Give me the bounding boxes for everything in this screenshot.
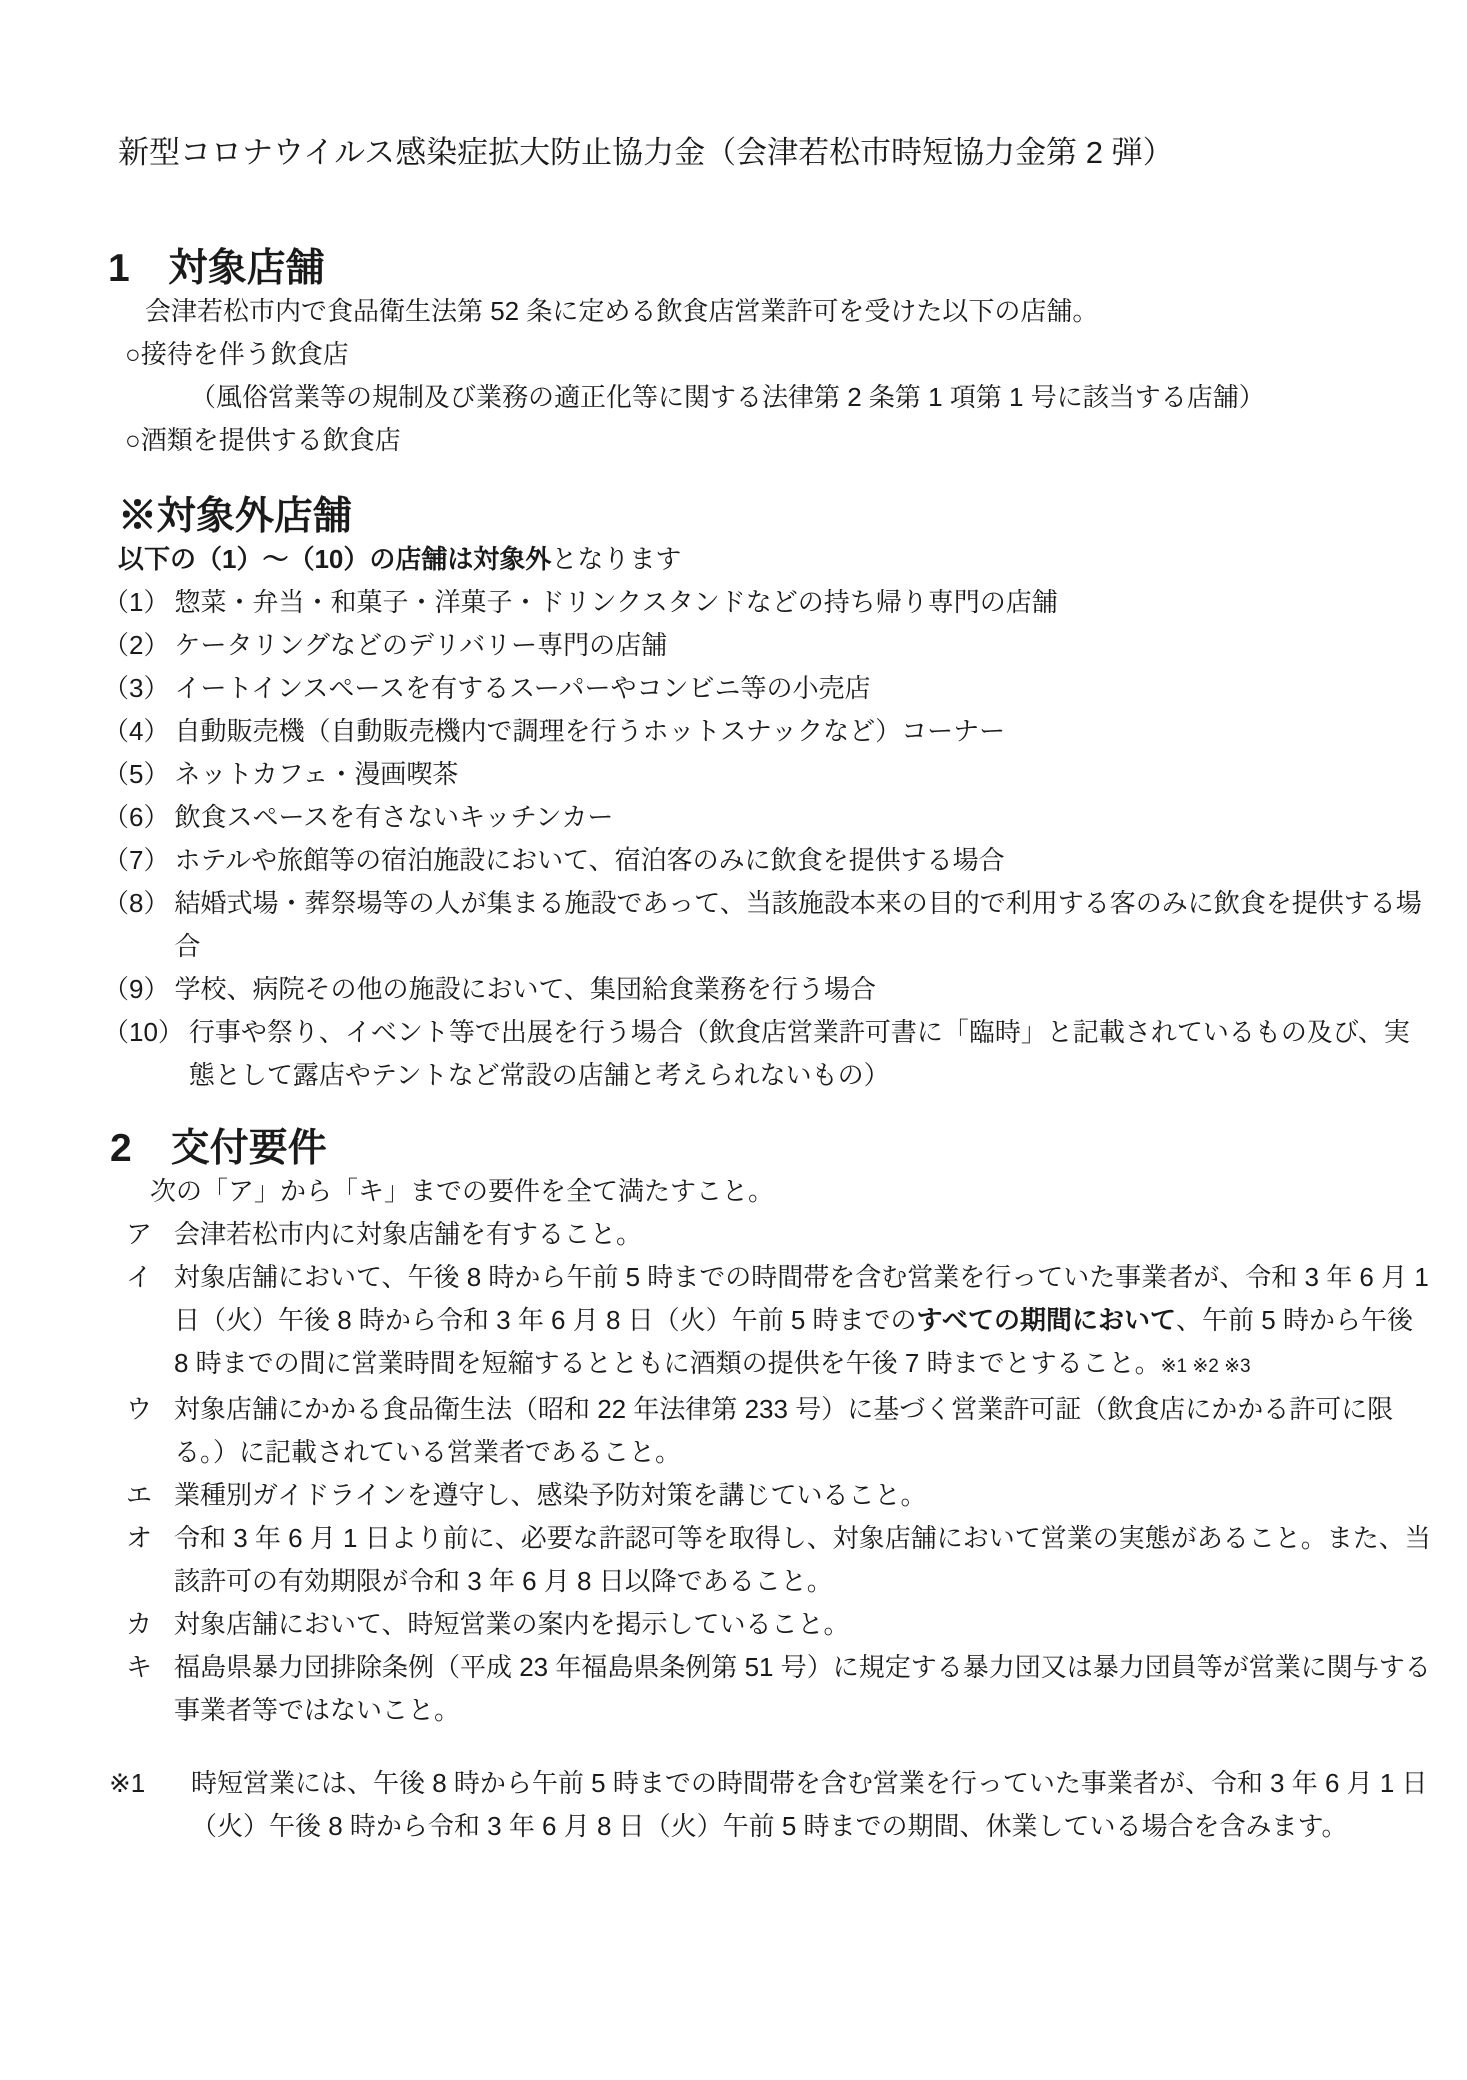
bullet-note: （風俗営業等の規制及び業務の適正化等に関する法律第 2 条第 1 項第 1 号に… [190,376,1433,419]
note-reference: ※1 ※2 ※3 [1161,1356,1251,1377]
exclusion-subheading-suffix: となります [551,544,681,574]
item-number: （2） [103,624,174,667]
requirement-marker: イ [126,1256,174,1388]
requirement-item: イ対象店舗において、午後 8 時から午前 5 時までの時間帯を含む営業を行ってい… [126,1256,1433,1388]
item-number: （4） [103,710,174,753]
exclusion-list: （1）惣菜・弁当・和菓子・洋菓子・ドリンクスタンドなどの持ち帰り専門の店舗（2）… [0,581,1433,1097]
requirement-item: ア会津若松市内に対象店舗を有すること。 [126,1213,1433,1256]
requirement-marker: ア [126,1213,174,1256]
item-text: 飲食スペースを有さないキッチンカー [174,796,1433,839]
requirement-text: 対象店舗において、時短営業の案内を掲示していること。 [174,1603,1433,1646]
item-number: （8） [103,882,174,968]
requirement-segment: 対象店舗において、時短営業の案内を掲示していること。 [174,1609,849,1639]
item-text: ケータリングなどのデリバリー専門の店舗 [174,624,1433,667]
exclusion-subheading: 以下の（1）～（10）の店舗は対象外となります [118,538,1433,581]
exclusion-subheading-bold: 以下の（1）～（10）の店舗は対象外 [118,544,551,574]
bullet-list: ○接待を伴う飲食店（風俗営業等の規制及び業務の適正化等に関する法律第 2 条第 … [0,333,1433,462]
requirement-segment: すべての期間において [917,1305,1176,1335]
requirement-text: 対象店舗において、午後 8 時から午前 5 時までの時間帯を含む営業を行っていた… [174,1256,1433,1388]
item-number: （1） [103,581,174,624]
requirement-marker: キ [126,1646,174,1732]
requirement-text: 会津若松市内に対象店舗を有すること。 [174,1213,1433,1256]
item-number: （3） [103,667,174,710]
circle-bullet-marker: ○ [125,339,141,369]
requirement-item: ウ対象店舗にかかる食品衛生法（昭和 22 年法律第 233 号）に基づく営業許可… [126,1388,1433,1474]
footnote-item: ※1時短営業には、午後 8 時から午前 5 時までの時間帯を含む営業を行っていた… [109,1762,1433,1848]
requirement-segment: 業種別ガイドラインを遵守し、感染予防対策を講じていること。 [174,1480,926,1510]
item-text: ホテルや旅館等の宿泊施設において、宿泊客のみに飲食を提供する場合 [174,839,1433,882]
requirement-text: 対象店舗にかかる食品衛生法（昭和 22 年法律第 233 号）に基づく営業許可証… [174,1388,1433,1474]
requirement-item: キ福島県暴力団排除条例（平成 23 年福島県条例第 51 号）に規定する暴力団又… [126,1646,1433,1732]
footnote-marker: ※1 [109,1762,191,1848]
bullet-item: ○酒類を提供する飲食店 [125,419,1433,462]
item-text: 結婚式場・葬祭場等の人が集まる施設であって、当該施設本来の目的で利用する客のみに… [174,882,1433,968]
item-text: イートインスペースを有するスーパーやコンビニ等の小売店 [174,667,1433,710]
exclusion-item: （10）行事や祭り、イベント等で出展を行う場合（飲食店営業許可書に「臨時」と記載… [103,1011,1433,1097]
exclusion-item: （5）ネットカフェ・漫画喫茶 [103,753,1433,796]
exclusion-item: （3）イートインスペースを有するスーパーやコンビニ等の小売店 [103,667,1433,710]
item-number: （5） [103,753,174,796]
exclusion-item: （8）結婚式場・葬祭場等の人が集まる施設であって、当該施設本来の目的で利用する客… [103,882,1433,968]
requirement-segment: 福島県暴力団排除条例（平成 23 年福島県条例第 51 号）に規定する暴力団又は… [174,1652,1431,1725]
document-title: 新型コロナウイルス感染症拡大防止協力金（会津若松市時短協力金第 2 弾） [118,130,1433,175]
item-number: （6） [103,796,174,839]
exclusion-item: （4）自動販売機（自動販売機内で調理を行うホットスナックなど）コーナー [103,710,1433,753]
circle-bullet-marker: ○ [125,425,141,455]
section2-intro: 次の「ア」から「キ」までの要件を全て満たすこと。 [150,1170,1433,1213]
footnote-text: 時短営業には、午後 8 時から午前 5 時までの時間帯を含む営業を行っていた事業… [191,1762,1433,1848]
exclusion-item: （6）飲食スペースを有さないキッチンカー [103,796,1433,839]
item-number: （9） [103,968,174,1011]
item-text: ネットカフェ・漫画喫茶 [174,753,1433,796]
bullet-item: ○接待を伴う飲食店 [125,333,1433,376]
requirement-segment: 対象店舗にかかる食品衛生法（昭和 22 年法律第 233 号）に基づく営業許可証… [174,1394,1393,1467]
document-page: 新型コロナウイルス感染症拡大防止協力金（会津若松市時短協力金第 2 弾） 1 対… [0,0,1467,2080]
requirement-list: ア会津若松市内に対象店舗を有すること。イ対象店舗において、午後 8 時から午前 … [0,1213,1433,1732]
section-target-shops: 1 対象店舗 会津若松市内で食品衛生法第 52 条に定める飲食店営業許可を受けた… [0,247,1433,462]
requirement-text: 令和 3 年 6 月 1 日より前に、必要な許認可等を取得し、対象店舗において営… [174,1517,1433,1603]
footnote-list: ※1時短営業には、午後 8 時から午前 5 時までの時間帯を含む営業を行っていた… [0,1762,1433,1848]
exclusion-item: （2）ケータリングなどのデリバリー専門の店舗 [103,624,1433,667]
requirement-marker: エ [126,1474,174,1517]
requirement-marker: ウ [126,1388,174,1474]
section-grant-requirements: 2 交付要件 次の「ア」から「キ」までの要件を全て満たすこと。 ア会津若松市内に… [0,1127,1433,1732]
bullet-label: 酒類を提供する飲食店 [141,425,401,455]
requirement-marker: オ [126,1517,174,1603]
item-text: 惣菜・弁当・和菓子・洋菓子・ドリンクスタンドなどの持ち帰り専門の店舗 [174,581,1433,624]
item-number: （10） [103,1011,189,1097]
requirement-segment: 会津若松市内に対象店舗を有すること。 [174,1219,642,1249]
requirement-text: 業種別ガイドラインを遵守し、感染予防対策を講じていること。 [174,1474,1433,1517]
requirement-segment: 令和 3 年 6 月 1 日より前に、必要な許認可等を取得し、対象店舗において営… [174,1523,1431,1596]
item-text: 行事や祭り、イベント等で出展を行う場合（飲食店営業許可書に「臨時」と記載されてい… [189,1011,1433,1097]
item-text: 学校、病院その他の施設において、集団給食業務を行う場合 [174,968,1433,1011]
section2-heading: 2 交付要件 [110,1127,1433,1170]
bullet-label: 接待を伴う飲食店 [141,339,349,369]
requirement-item: オ令和 3 年 6 月 1 日より前に、必要な許認可等を取得し、対象店舗において… [126,1517,1433,1603]
exclusion-item: （1）惣菜・弁当・和菓子・洋菓子・ドリンクスタンドなどの持ち帰り専門の店舗 [103,581,1433,624]
requirement-text: 福島県暴力団排除条例（平成 23 年福島県条例第 51 号）に規定する暴力団又は… [174,1646,1433,1732]
requirement-marker: カ [126,1603,174,1646]
section-excluded-shops: ※対象外店舗 以下の（1）～（10）の店舗は対象外となります （1）惣菜・弁当・… [0,495,1433,1097]
exclusion-item: （7）ホテルや旅館等の宿泊施設において、宿泊客のみに飲食を提供する場合 [103,839,1433,882]
section1-heading: 1 対象店舗 [108,247,1433,290]
requirement-item: カ対象店舗において、時短営業の案内を掲示していること。 [126,1603,1433,1646]
item-number: （7） [103,839,174,882]
requirement-item: エ業種別ガイドラインを遵守し、感染予防対策を講じていること。 [126,1474,1433,1517]
section1-intro: 会津若松市内で食品衛生法第 52 条に定める飲食店営業許可を受けた以下の店舗。 [145,290,1433,333]
exclusion-item: （9）学校、病院その他の施設において、集団給食業務を行う場合 [103,968,1433,1011]
exclusion-heading: ※対象外店舗 [118,495,1433,538]
item-text: 自動販売機（自動販売機内で調理を行うホットスナックなど）コーナー [174,710,1433,753]
